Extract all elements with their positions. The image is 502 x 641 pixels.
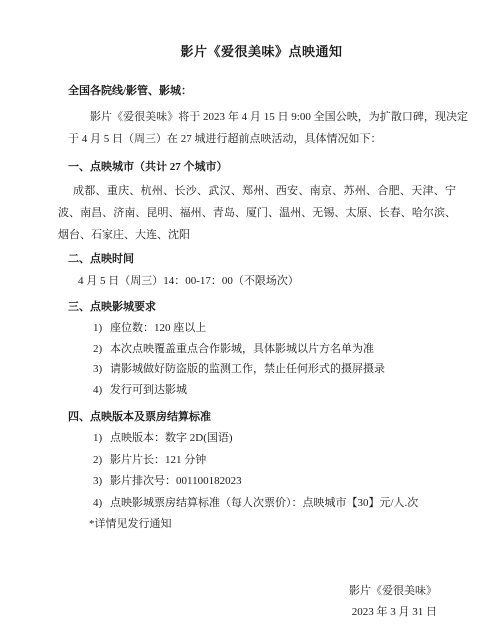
item-text: 座位数：120 座以上	[110, 318, 455, 339]
list-item: 4) 发行可到达影城	[68, 380, 455, 401]
section-version-heading: 四、点映版本及票房结算标准	[68, 406, 455, 428]
city-list-paragraph: 成都、重庆、杭州、长沙、武汉、郑州、西安、南京、苏州、合肥、天津、宁波、南昌、济…	[58, 180, 456, 246]
list-item: 3) 影片排次号：001100182023	[68, 471, 455, 493]
item-text: 点映影城票房结算标准（每人次票价）：点映城市【30】元/人.次	[110, 493, 455, 515]
screening-time-text: 4 月 5 日（周三）14：00-17：00（不限场次）	[68, 270, 455, 292]
item-text: 点映版本：数字 2D(国语)	[110, 428, 455, 450]
item-number: 3)	[93, 471, 110, 493]
item-number: 1)	[93, 318, 110, 339]
item-number: 1)	[93, 428, 110, 450]
signature-date: 2023 年 3 月 31 日	[68, 602, 437, 623]
item-number: 3)	[93, 359, 110, 380]
section-version-settlement: 四、点映版本及票房结算标准 1) 点映版本：数字 2D(国语) 2) 影片片长：…	[68, 406, 455, 534]
section-cities-heading: 一、点映城市（共计 27 个城市）	[68, 156, 455, 178]
section-cities: 一、点映城市（共计 27 个城市） 成都、重庆、杭州、长沙、武汉、郑州、西安、南…	[68, 156, 455, 246]
list-item: 2) 影片片长：121 分钟	[68, 450, 455, 472]
notice-title: 影片《爱很美味》点映通知	[68, 43, 455, 61]
intro-paragraph: 影片《爱很美味》将于 2023 年 4 月 15 日 9:00 全国公映，为扩散…	[68, 106, 468, 150]
list-item: 1) 座位数：120 座以上	[68, 318, 455, 339]
item-text: 请影城做好防盗版的监测工作，禁止任何形式的摄屏摄录	[110, 359, 455, 380]
section-time: 二、点映时间 4 月 5 日（周三）14：00-17：00（不限场次）	[68, 248, 455, 292]
requirements-list: 1) 座位数：120 座以上 2) 本次点映覆盖重点合作影城，具体影城以片方名单…	[68, 318, 455, 400]
list-item: 3) 请影城做好防盗版的监测工作，禁止任何形式的摄屏摄录	[68, 359, 455, 380]
signature-block: 影片《爱很美味》 2023 年 3 月 31 日	[68, 581, 455, 623]
list-item: 2) 本次点映覆盖重点合作影城，具体影城以片方名单为准	[68, 339, 455, 360]
section-requirements-heading: 三、点映影城要求	[68, 296, 455, 318]
item-text: 影片片长：121 分钟	[110, 450, 455, 472]
item-number: 4)	[93, 493, 110, 515]
version-settlement-list: 1) 点映版本：数字 2D(国语) 2) 影片片长：121 分钟 3) 影片排次…	[68, 428, 455, 514]
item-text: 本次点映覆盖重点合作影城，具体影城以片方名单为准	[110, 339, 455, 360]
section-requirements: 三、点映影城要求 1) 座位数：120 座以上 2) 本次点映覆盖重点合作影城，…	[68, 296, 455, 400]
item-number: 2)	[93, 339, 110, 360]
item-number: 4)	[93, 380, 110, 401]
item-text: 影片排次号：001100182023	[110, 471, 455, 493]
item-text: 发行可到达影城	[110, 380, 455, 401]
salutation: 全国各院线/影管、影城：	[68, 80, 455, 102]
document-page: 影片《爱很美味》点映通知 全国各院线/影管、影城： 影片《爱很美味》将于 202…	[0, 0, 502, 641]
list-item: 4) 点映影城票房结算标准（每人次票价）：点映城市【30】元/人.次	[68, 493, 455, 515]
list-item: 1) 点映版本：数字 2D(国语)	[68, 428, 455, 450]
signature-name: 影片《爱很美味》	[68, 581, 437, 602]
footnote: *详情见发行通知	[89, 514, 455, 534]
item-number: 2)	[93, 450, 110, 472]
section-time-heading: 二、点映时间	[68, 248, 455, 270]
